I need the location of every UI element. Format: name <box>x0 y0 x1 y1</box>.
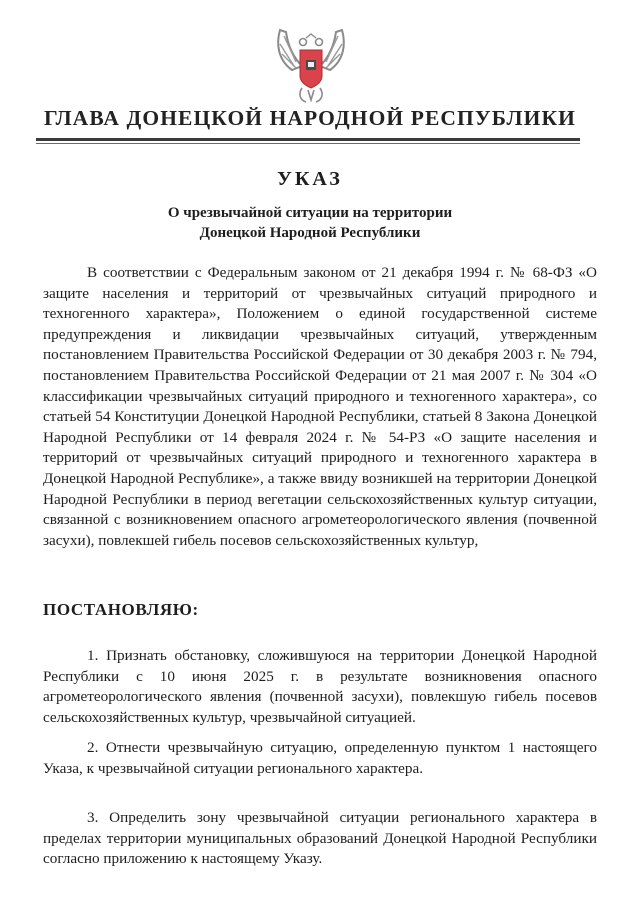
header-rule-thick <box>36 138 580 141</box>
subject-line-1: О чрезвычайной ситуации на территории <box>0 203 620 223</box>
decree-item-1: 1. Признать обстановку, сложившуюся на т… <box>43 646 597 728</box>
preamble-paragraph: В соответствии с Федеральным законом от … <box>43 263 597 551</box>
header-rule-thin <box>36 143 580 144</box>
resolve-heading: ПОСТАНОВЛЯЮ: <box>43 600 199 620</box>
decree-item-2: 2. Отнести чрезвычайную ситуацию, опреде… <box>43 738 597 779</box>
document-type: УКАЗ <box>0 168 620 191</box>
issuer-title: ГЛАВА ДОНЕЦКОЙ НАРОДНОЙ РЕСПУБЛИКИ <box>0 106 620 131</box>
decree-item-3: 3. Определить зону чрезвычайной ситуации… <box>43 808 597 870</box>
document-subject: О чрезвычайной ситуации на территории До… <box>0 203 620 243</box>
coat-of-arms-icon <box>272 22 350 104</box>
subject-line-2: Донецкой Народной Республики <box>0 223 620 243</box>
